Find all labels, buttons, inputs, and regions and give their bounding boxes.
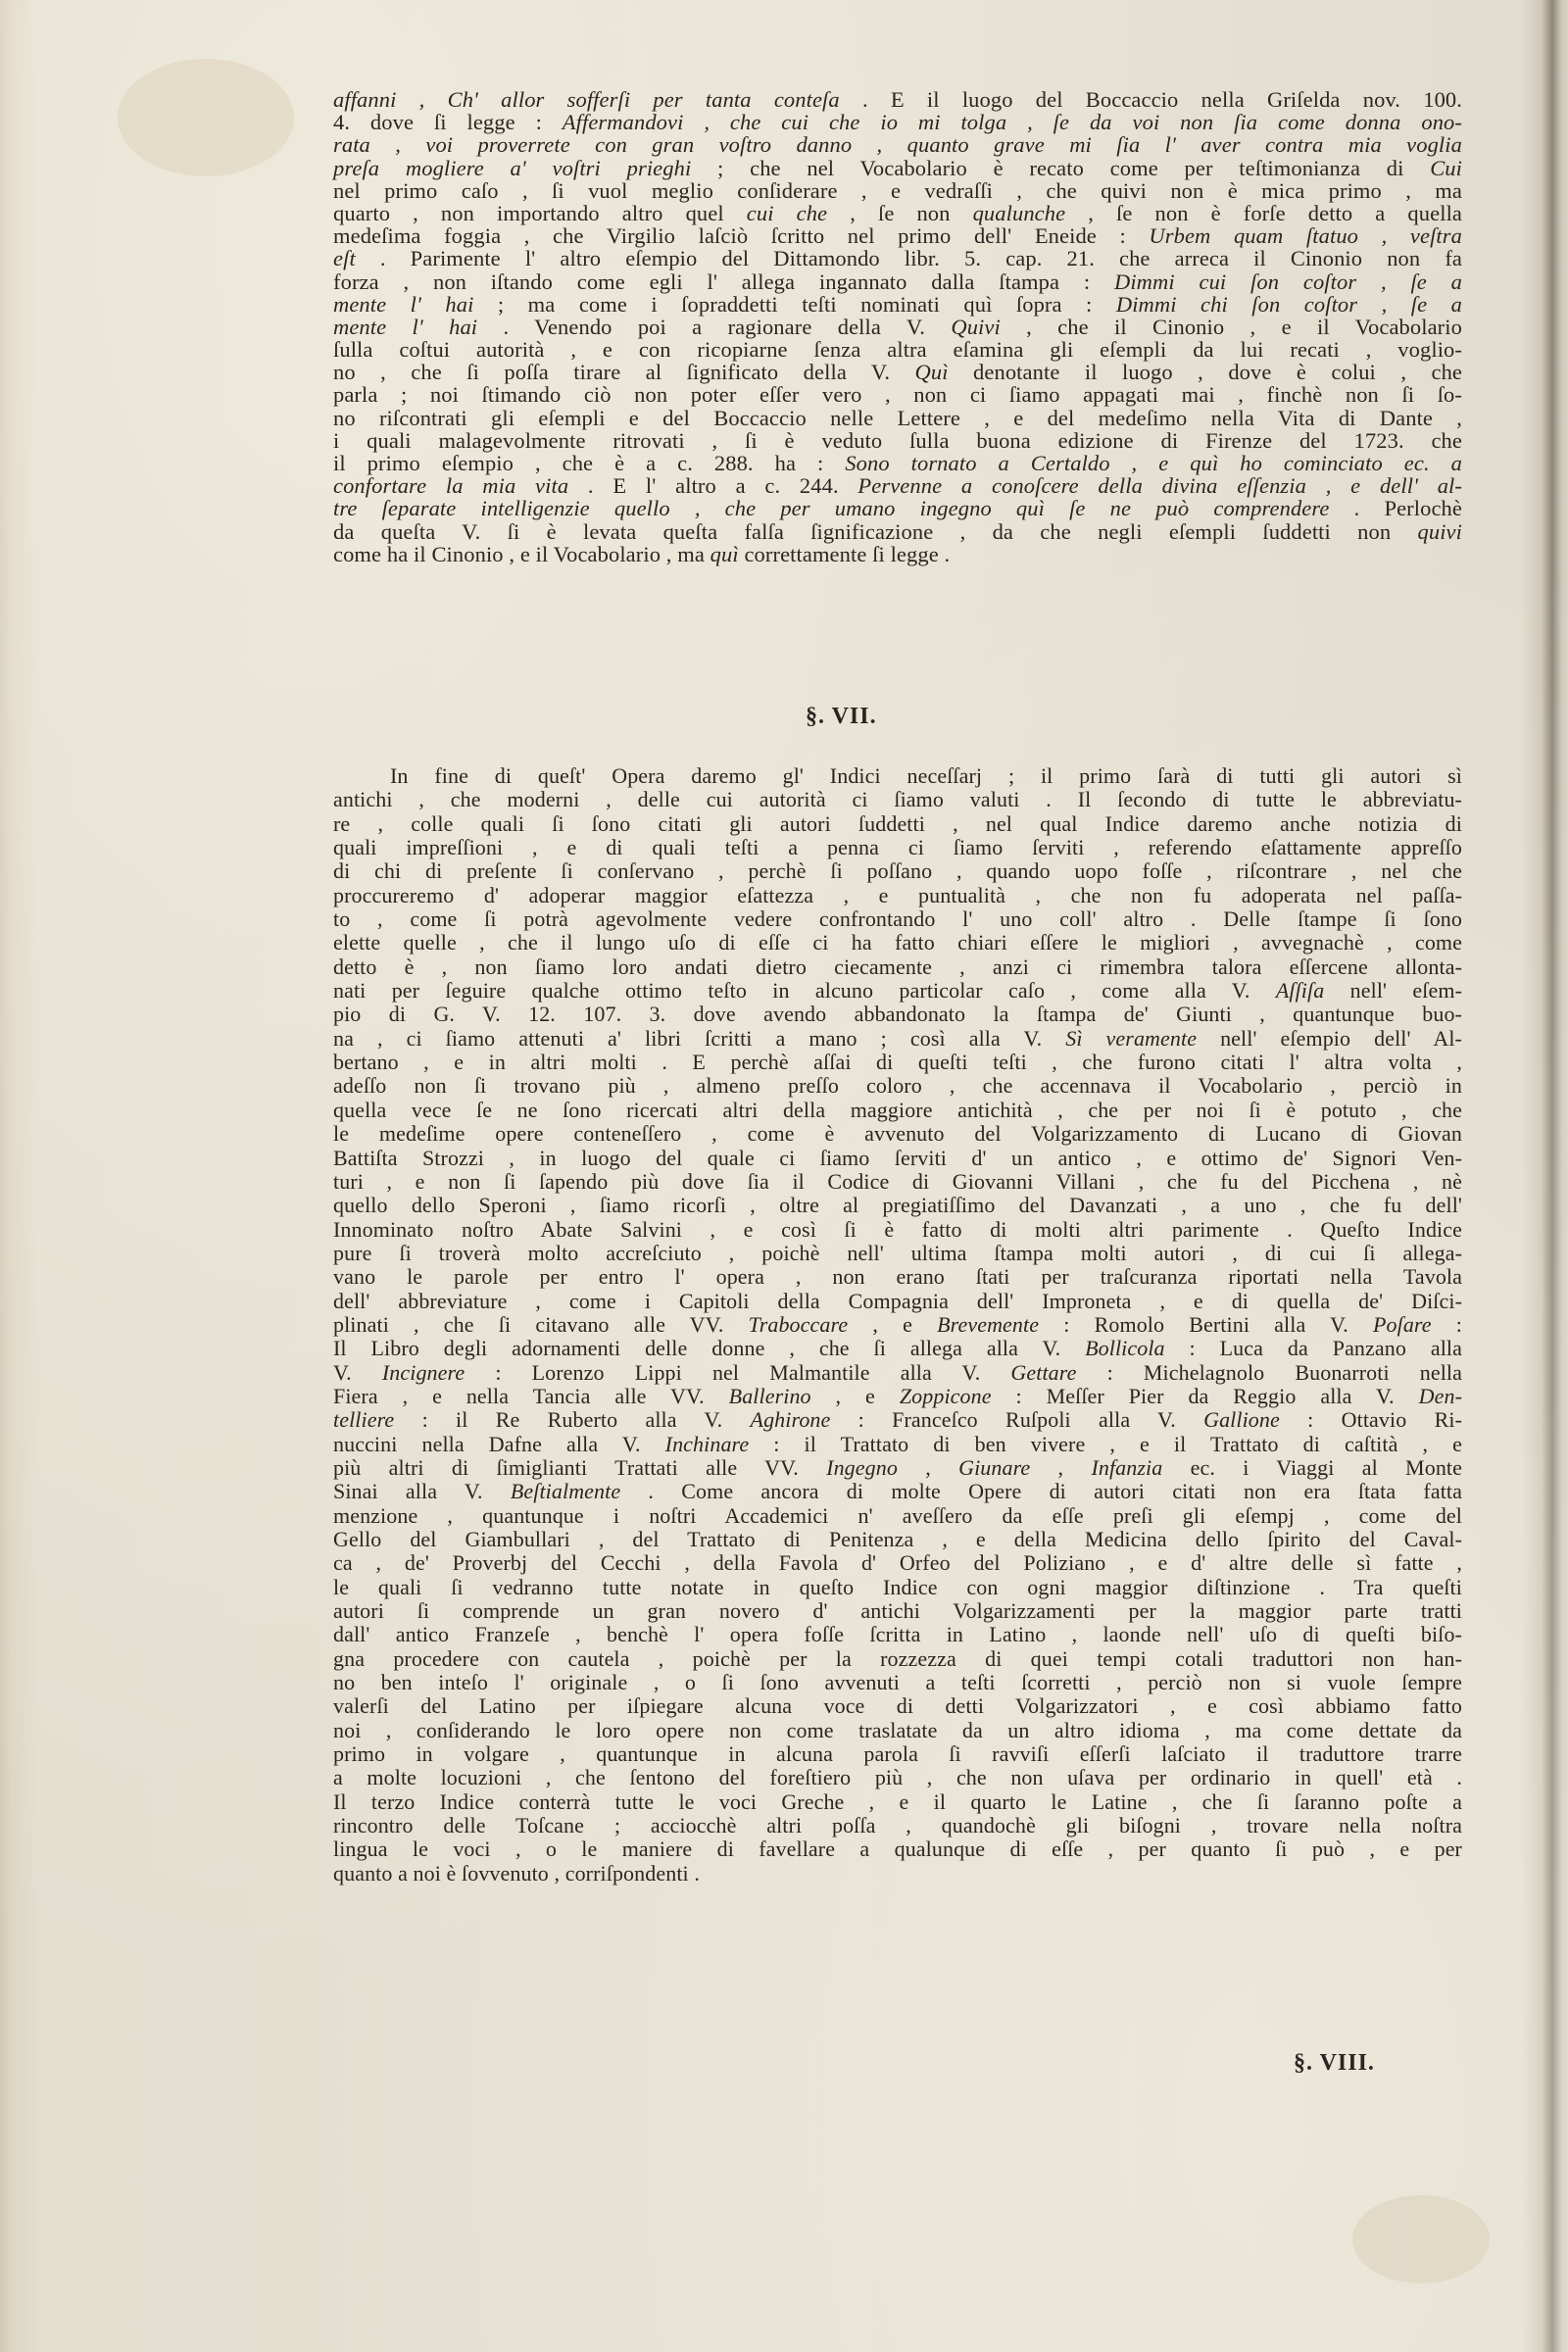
text-line: autori ſi comprende un gran novero d' an… xyxy=(333,1599,1462,1623)
text-run: quello dello Speroni , ſiamo ricorſi , o… xyxy=(333,1193,1462,1217)
text-run: . E il luogo del Boccaccio nella Griſeld… xyxy=(840,87,1462,112)
italic-quotation: Gettare xyxy=(1010,1360,1076,1385)
text-run: , xyxy=(1030,1455,1091,1480)
text-run: pio di G. V. 12. 107. 3. dove avendo abb… xyxy=(333,1002,1462,1026)
text-run: di chi di preſente ſi conſervano , perch… xyxy=(333,858,1462,883)
text-run: vano le parole per entro l' opera , non … xyxy=(333,1264,1462,1289)
italic-quotation: Inchinare xyxy=(665,1432,750,1456)
italic-quotation: Quivi xyxy=(951,315,1001,339)
text-line: affanni , Ch' allor sofferſi per tanta c… xyxy=(333,88,1462,111)
paper-stain xyxy=(118,59,294,176)
text-line: no riſcontrati gli eſempli e del Boccacc… xyxy=(333,407,1462,429)
text-line: no , che ſi poſſa tirare al ſignificato … xyxy=(333,361,1462,383)
text-run: plinati , che ſi citavano alle VV. xyxy=(333,1312,749,1337)
text-line: turi , e non ſi ſapendo più dove ſia il … xyxy=(333,1170,1462,1194)
text-run: come ha il Cinonio , e il Vocabolario , … xyxy=(333,542,710,566)
italic-quotation: Quì xyxy=(915,360,949,384)
text-run: . Venendo poi a ragionare della V. xyxy=(477,315,951,339)
text-run: nuccini nella Dafne alla V. xyxy=(333,1432,665,1456)
text-run: , ſe non è forſe detto a quella xyxy=(1065,201,1462,225)
text-run: Sinai alla V. xyxy=(333,1479,511,1503)
text-run: valerſi del Latino per iſpiegare alcuna … xyxy=(333,1693,1462,1718)
text-line: plinati , che ſi citavano alle VV. Trabo… xyxy=(333,1313,1462,1337)
text-line: nuccini nella Dafne alla V. Inchinare : … xyxy=(333,1433,1462,1456)
text-run: : il Trattato di ben vivere , e il Tratt… xyxy=(749,1432,1462,1456)
text-run: , che il Cinonio , e il Vocabolario xyxy=(1001,315,1462,339)
text-line: 4. dove ſi legge : Affermandovi , che cu… xyxy=(333,111,1462,133)
italic-quotation: Den- xyxy=(1419,1384,1462,1408)
text-run: correttamente ſi legge . xyxy=(739,542,951,566)
text-run: parla ; noi ſtimando ciò non poter eſſer… xyxy=(333,382,1462,407)
italic-quotation: telliere xyxy=(333,1407,394,1432)
italic-quotation: Ingegno xyxy=(826,1455,898,1480)
text-run: turi , e non ſi ſapendo più dove ſia il … xyxy=(333,1169,1462,1194)
text-run: i quali malagevolmente ritrovati , ſi è … xyxy=(333,428,1462,453)
text-run: , e xyxy=(811,1384,900,1408)
text-run: to , come ſi potrà agevolmente vedere co… xyxy=(333,906,1462,931)
italic-quotation: Urbem quam ſtatuo , veſtra xyxy=(1149,223,1462,248)
text-run: nell' eſempio dell' Al- xyxy=(1197,1026,1462,1051)
text-run: quarto , non importando altro quel xyxy=(333,201,747,225)
text-line: noi , conſiderando le loro opere non com… xyxy=(333,1719,1462,1742)
section-vii-body: In fine di queſt' Opera daremo gl' Indic… xyxy=(333,764,1462,1886)
text-run: il primo eſempio , che è a c. 288. ha : xyxy=(333,451,845,475)
section-heading-vii: §. VII. xyxy=(806,704,877,730)
italic-quotation: Giunare xyxy=(958,1455,1030,1480)
text-line: Innominato noſtro Abate Salvini , e così… xyxy=(333,1218,1462,1242)
italic-quotation: Beſtialmente xyxy=(511,1479,620,1503)
text-run: a molte locuzioni , che ſentono del fore… xyxy=(333,1765,1462,1789)
text-run: quanto a noi è ſovvenuto , corriſpondent… xyxy=(333,1861,700,1886)
text-line: pure ſi troverà molto accreſciuto , poic… xyxy=(333,1242,1462,1265)
text-run: : Lorenzo Lippi nel Malmantile alla V. xyxy=(465,1360,1010,1385)
text-line: to , come ſi potrà agevolmente vedere co… xyxy=(333,907,1462,931)
italic-quotation: Sono tornato a Certaldo , e quì ho comin… xyxy=(845,451,1462,475)
text-run: V. xyxy=(333,1360,382,1385)
text-run: 4. dove ſi legge : xyxy=(333,110,563,134)
text-run: . Come ancora di molte Opere di autori c… xyxy=(620,1479,1462,1503)
italic-quotation: Pervenne a conoſcere della divina eſſenz… xyxy=(857,473,1462,498)
book-page: affanni , Ch' allor sofferſi per tanta c… xyxy=(0,0,1568,2352)
text-run: Battiſta Strozzi , in luogo del quale ci… xyxy=(333,1146,1462,1170)
italic-quotation: Brevemente xyxy=(937,1312,1039,1337)
text-run: rincontro delle Toſcane ; acciocchè altr… xyxy=(333,1813,1462,1837)
italic-quotation: confortare la mia vita xyxy=(333,473,568,498)
italic-quotation: Aſſiſa xyxy=(1276,978,1325,1003)
text-run: menzione , quantunque i noſtri Accademic… xyxy=(333,1503,1462,1528)
text-line: più altri di ſimiglianti Trattati alle V… xyxy=(333,1456,1462,1480)
text-run: bertano , e in altri molti . E perchè aſ… xyxy=(333,1050,1462,1074)
italic-quotation: Gallione xyxy=(1203,1407,1280,1432)
text-line: quarto , non importando altro quel cui c… xyxy=(333,202,1462,224)
text-run: : Franceſco Ruſpoli alla V. xyxy=(830,1407,1203,1432)
text-line: eſt . Parimente l' altro eſempio del Dit… xyxy=(333,247,1462,269)
text-line: telliere : il Re Ruberto alla V. Aghiron… xyxy=(333,1408,1462,1432)
italic-quotation: Zoppicone xyxy=(900,1384,992,1408)
text-run: , ſe non xyxy=(827,201,972,225)
italic-quotation: tre ſeparate intelligenzie quello , che … xyxy=(333,496,1330,520)
text-line: Gello del Giambullari , del Trattato di … xyxy=(333,1528,1462,1551)
italic-quotation: Incignere xyxy=(382,1360,465,1385)
text-run: le quali ſi vedranno tutte notate in que… xyxy=(333,1575,1462,1599)
text-run: : Romolo Bertini alla V. xyxy=(1039,1312,1373,1337)
text-line: Il Libro degli adornamenti delle donne ,… xyxy=(333,1337,1462,1360)
text-line: no ben inteſo l' originale , o ſi ſono a… xyxy=(333,1671,1462,1694)
text-run: antichi , che moderni , delle cui autori… xyxy=(333,787,1462,811)
text-run: detto è , non ſiamo loro andati dietro c… xyxy=(333,955,1462,979)
text-run: le medeſime opere conteneſſero , come è … xyxy=(333,1121,1462,1146)
text-line: vano le parole per entro l' opera , non … xyxy=(333,1265,1462,1289)
text-run: ; ma come i ſopraddetti teſti nominati q… xyxy=(473,292,1115,317)
text-run: ca , de' Proverbj del Cecchi , della Fav… xyxy=(333,1550,1462,1575)
text-line: elette quelle , che il lungo uſo di eſſe… xyxy=(333,931,1462,955)
italic-quotation: Ballerino xyxy=(729,1384,811,1408)
italic-quotation: qualunche xyxy=(973,201,1066,225)
text-line: Sinai alla V. Beſtialmente . Come ancora… xyxy=(333,1480,1462,1503)
text-run: nel primo caſo , ſi vuol meglio conſider… xyxy=(333,178,1462,203)
text-run: nati per ſeguire qualche ottimo teſto in… xyxy=(333,978,1276,1003)
italic-quotation: Bollicola xyxy=(1085,1336,1165,1360)
text-run: : xyxy=(1432,1312,1462,1337)
text-line: quanto a noi è ſovvenuto , corriſpondent… xyxy=(333,1862,1462,1886)
text-line: di chi di preſente ſi conſervano , perch… xyxy=(333,859,1462,883)
italic-quotation: Poſare xyxy=(1373,1312,1432,1337)
text-run: In fine di queſt' Opera daremo gl' Indic… xyxy=(390,763,1462,788)
text-line: detto è , non ſiamo loro andati dietro c… xyxy=(333,955,1462,979)
text-line: Il terzo Indice conterrà tutte le voci G… xyxy=(333,1790,1462,1814)
text-line: gna procedere con cautela , poichè per l… xyxy=(333,1647,1462,1671)
text-line: Fiera , e nella Tancia alle VV. Ballerin… xyxy=(333,1385,1462,1408)
text-run: , xyxy=(898,1455,958,1480)
text-run: ; che nel Vocabolario è recato come per … xyxy=(691,156,1430,180)
text-run: denotante il luogo , dove è colui , che xyxy=(949,360,1462,384)
text-run: primo in volgare , quantunque in alcuna … xyxy=(333,1741,1462,1766)
text-run: più altri di ſimiglianti Trattati alle V… xyxy=(333,1455,826,1480)
text-line: parla ; noi ſtimando ciò non poter eſſer… xyxy=(333,383,1462,406)
text-line: come ha il Cinonio , e il Vocabolario , … xyxy=(333,543,1462,565)
text-line: le medeſime opere conteneſſero , come è … xyxy=(333,1122,1462,1146)
text-line: dell' abbreviature , come i Capitoli del… xyxy=(333,1290,1462,1313)
paper-stain xyxy=(1352,2195,1490,2283)
text-line: quali impreſſioni , e di quali teſti a p… xyxy=(333,836,1462,859)
text-run: Fiera , e nella Tancia alle VV. xyxy=(333,1384,729,1408)
text-line: nel primo caſo , ſi vuol meglio conſider… xyxy=(333,179,1462,202)
text-line: quella vece ſe ne ſono ricercati altri d… xyxy=(333,1099,1462,1122)
text-run: quella vece ſe ne ſono ricercati altri d… xyxy=(333,1098,1462,1122)
text-line: i quali malagevolmente ritrovati , ſi è … xyxy=(333,429,1462,452)
text-line: na , ci ſiamo attenuti a' libri ſcritti … xyxy=(333,1027,1462,1051)
text-line: valerſi del Latino per iſpiegare alcuna … xyxy=(333,1694,1462,1718)
italic-quotation: Sì veramente xyxy=(1065,1026,1197,1051)
italic-quotation: quì xyxy=(710,542,739,566)
italic-quotation: cui che xyxy=(747,201,827,225)
text-line: mente l' hai . Venendo poi a ragionare d… xyxy=(333,316,1462,338)
text-run: dell' abbreviature , come i Capitoli del… xyxy=(333,1289,1462,1313)
italic-quotation: mente l' hai xyxy=(333,292,473,317)
text-run: , e xyxy=(848,1312,937,1337)
italic-quotation: Cui xyxy=(1430,156,1462,180)
italic-quotation: Traboccare xyxy=(749,1312,849,1337)
text-line: forza , non iſtando come egli l' allega … xyxy=(333,270,1462,293)
text-line: mente l' hai ; ma come i ſopraddetti teſ… xyxy=(333,293,1462,316)
italic-quotation: preſa mogliere a' voſtri prieghi xyxy=(333,156,691,180)
text-run: . Perlochè xyxy=(1330,496,1462,520)
text-run: ſulla coſtui autorità , e con ricopiarne… xyxy=(333,337,1462,362)
text-line: preſa mogliere a' voſtri prieghi ; che n… xyxy=(333,157,1462,179)
text-run: Innominato noſtro Abate Salvini , e così… xyxy=(333,1217,1462,1242)
text-line: da queſta V. ſi è levata queſta falſa ſi… xyxy=(333,520,1462,543)
italic-quotation: Aghirone xyxy=(751,1407,831,1432)
text-run: da queſta V. ſi è levata queſta falſa ſi… xyxy=(333,519,1418,544)
text-run: dall' antico Franzeſe , benchè l' opera … xyxy=(333,1622,1462,1646)
text-line: ſulla coſtui autorità , e con ricopiarne… xyxy=(333,338,1462,361)
text-line: le quali ſi vedranno tutte notate in que… xyxy=(333,1576,1462,1599)
text-line: ca , de' Proverbj del Cecchi , della Fav… xyxy=(333,1551,1462,1575)
text-run: . E l' altro a c. 244. xyxy=(568,473,857,498)
text-run: forza , non iſtando come egli l' allega … xyxy=(333,269,1114,294)
text-line: menzione , quantunque i noſtri Accademic… xyxy=(333,1504,1462,1528)
text-line: dall' antico Franzeſe , benchè l' opera … xyxy=(333,1623,1462,1646)
text-run: Il Libro degli adornamenti delle donne ,… xyxy=(333,1336,1085,1360)
text-run: ec. i Viaggi al Monte xyxy=(1162,1455,1462,1480)
text-run: no , che ſi poſſa tirare al ſignificato … xyxy=(333,360,915,384)
text-line: In fine di queſt' Opera daremo gl' Indic… xyxy=(333,764,1462,788)
text-line: confortare la mia vita . E l' altro a c.… xyxy=(333,474,1462,497)
text-line: rincontro delle Toſcane ; acciocchè altr… xyxy=(333,1814,1462,1837)
text-line: tre ſeparate intelligenzie quello , che … xyxy=(333,497,1462,519)
text-line: rata , voi proverrete con gran voſtro da… xyxy=(333,133,1462,156)
text-run: elette quelle , che il lungo uſo di eſſe… xyxy=(333,930,1462,955)
text-run: autori ſi comprende un gran novero d' an… xyxy=(333,1598,1462,1623)
text-run: na , ci ſiamo attenuti a' libri ſcritti … xyxy=(333,1026,1065,1051)
text-line: V. Incignere : Lorenzo Lippi nel Malmant… xyxy=(333,1361,1462,1385)
text-line: pio di G. V. 12. 107. 3. dove avendo abb… xyxy=(333,1003,1462,1026)
text-line: a molte locuzioni , che ſentono del fore… xyxy=(333,1766,1462,1789)
text-line: quello dello Speroni , ſiamo ricorſi , o… xyxy=(333,1194,1462,1217)
text-run: Gello del Giambullari , del Trattato di … xyxy=(333,1527,1462,1551)
section-heading-viii: §. VIII. xyxy=(1294,2050,1375,2077)
section-vi-continuation: affanni , Ch' allor sofferſi per tanta c… xyxy=(333,88,1462,565)
text-run: noi , conſiderando le loro opere non com… xyxy=(333,1718,1462,1742)
text-run: : Ottavio Ri- xyxy=(1280,1407,1462,1432)
text-line: il primo eſempio , che è a c. 288. ha : … xyxy=(333,452,1462,474)
text-line: antichi , che moderni , delle cui autori… xyxy=(333,788,1462,811)
italic-quotation: eſt xyxy=(333,246,356,270)
text-run: Il terzo Indice conterrà tutte le voci G… xyxy=(333,1789,1462,1814)
text-line: lingua le voci , o le maniere di favella… xyxy=(333,1837,1462,1861)
text-run: pure ſi troverà molto accreſciuto , poic… xyxy=(333,1241,1462,1265)
text-line: bertano , e in altri molti . E perchè aſ… xyxy=(333,1051,1462,1074)
italic-quotation: affanni , Ch' allor sofferſi per tanta c… xyxy=(333,87,840,112)
italic-quotation: Dimmi chi ſon coſtor , ſe a xyxy=(1116,292,1462,317)
text-line: nati per ſeguire qualche ottimo teſto in… xyxy=(333,979,1462,1003)
text-run: nell' eſem- xyxy=(1324,978,1462,1003)
text-run: proccureremo d' adoperar maggior eſattez… xyxy=(333,883,1462,907)
text-run: no riſcontrati gli eſempli e del Boccacc… xyxy=(333,406,1462,430)
italic-quotation: mente l' hai xyxy=(333,315,477,339)
text-line: medeſima foggia , che Virgilio laſciò ſc… xyxy=(333,224,1462,247)
text-run: : il Re Ruberto alla V. xyxy=(394,1407,750,1432)
text-run: : Luca da Panzano alla xyxy=(1165,1336,1462,1360)
italic-quotation: rata , voi proverrete con gran voſtro da… xyxy=(333,132,1462,157)
text-line: primo in volgare , quantunque in alcuna … xyxy=(333,1742,1462,1766)
text-run: . Parimente l' altro eſempio del Dittamo… xyxy=(356,246,1462,270)
text-run: lingua le voci , o le maniere di favella… xyxy=(333,1837,1462,1861)
italic-quotation: Infanzia xyxy=(1091,1455,1162,1480)
text-run: : Meſſer Pier da Reggio alla V. xyxy=(992,1384,1419,1408)
text-line: proccureremo d' adoperar maggior eſattez… xyxy=(333,884,1462,907)
text-run: no ben inteſo l' originale , o ſi ſono a… xyxy=(333,1670,1462,1694)
text-run: gna procedere con cautela , poichè per l… xyxy=(333,1646,1462,1671)
text-run: adeſſo non ſi trovano più , almeno preſſ… xyxy=(333,1073,1462,1098)
italic-quotation: Dimmi cui ſon coſtor , ſe a xyxy=(1114,269,1462,294)
text-run: medeſima foggia , che Virgilio laſciò ſc… xyxy=(333,223,1149,248)
text-line: re , colle quali ſi ſono citati gli auto… xyxy=(333,812,1462,836)
text-line: Battiſta Strozzi , in luogo del quale ci… xyxy=(333,1147,1462,1170)
text-line: adeſſo non ſi trovano più , almeno preſſ… xyxy=(333,1074,1462,1098)
text-run: re , colle quali ſi ſono citati gli auto… xyxy=(333,811,1462,836)
italic-quotation: Affermandovi , che cui che io mi tolga ,… xyxy=(563,110,1462,134)
text-run: quali impreſſioni , e di quali teſti a p… xyxy=(333,835,1462,859)
text-run: : Michelagnolo Buonarroti nella xyxy=(1076,1360,1462,1385)
italic-quotation: quivi xyxy=(1418,519,1463,544)
